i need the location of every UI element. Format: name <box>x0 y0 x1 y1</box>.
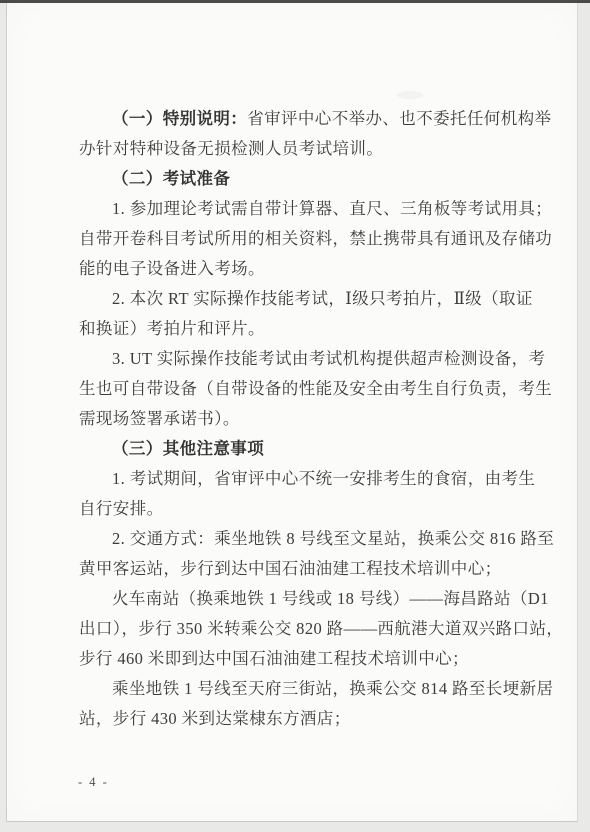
document-text-block: （一）特别说明：省审评中心不举办、也不委托任何机构举 办针对特种设备无损检测人员… <box>79 104 539 734</box>
doc-line-text: 乘坐地铁 1 号线至天府三街站，换乘公交 814 路至长埂新居 <box>112 679 553 698</box>
doc-line-text: 站，步行 430 米到达棠棣东方酒店； <box>79 709 351 728</box>
doc-line-text: 1. 参加理论考试需自带计算器、直尺、三角板等考试用具； <box>112 199 552 218</box>
doc-line: 黄甲客运站，步行到达中国石油油建工程技术培训中心； <box>79 554 539 584</box>
doc-line-text: 黄甲客运站，步行到达中国石油油建工程技术培训中心； <box>79 559 502 578</box>
section-heading-1: （一）特别说明： <box>112 109 247 128</box>
doc-line-text: 3. UT 实际操作技能考试由考试机构提供超声检测设备，考 <box>112 349 545 368</box>
doc-line: 1. 参加理论考试需自带计算器、直尺、三角板等考试用具； <box>79 194 539 224</box>
doc-line-text: 生也可自带设备（自带设备的性能及安全由考生自行负责，考生 <box>79 379 552 398</box>
doc-line: 3. UT 实际操作技能考试由考试机构提供超声检测设备，考 <box>79 344 539 374</box>
section-heading-3: （三）其他注意事项 <box>112 439 264 458</box>
section-heading-3-line: （三）其他注意事项 <box>79 434 539 464</box>
doc-line: 2. 交通方式：乘坐地铁 8 号线至文星站，换乘公交 816 路至 <box>79 524 539 554</box>
doc-line-text: 步行 460 米即到达中国石油油建工程技术培训中心； <box>79 649 469 668</box>
doc-line: 步行 460 米即到达中国石油油建工程技术培训中心； <box>79 644 539 674</box>
section-heading-2: （二）考试准备 <box>112 169 230 188</box>
doc-line-text: 和换证）考拍片和评片。 <box>79 319 265 338</box>
doc-line-text: 2. 本次 RT 实际操作技能考试，Ⅰ级只考拍片，Ⅱ级（取证 <box>112 289 533 308</box>
section-heading-2-line: （二）考试准备 <box>79 164 539 194</box>
doc-line: 自带开卷科目考试所用的相关资料，禁止携带具有通讯及存储功 <box>79 224 539 254</box>
doc-line: 出口），步行 350 米转乘公交 820 路——西航港大道双兴路口站， <box>79 614 539 644</box>
doc-line: 和换证）考拍片和评片。 <box>79 314 539 344</box>
doc-line-text: 办针对特种设备无损检测人员考试培训。 <box>79 139 383 158</box>
page-number: - 4 - <box>78 775 109 790</box>
scan-smudge <box>397 91 423 99</box>
doc-line: 火车南站（换乘地铁 1 号线或 18 号线）——海昌路站（D1 <box>79 584 539 614</box>
doc-line: 站，步行 430 米到达棠棣东方酒店； <box>79 704 539 734</box>
doc-line: 2. 本次 RT 实际操作技能考试，Ⅰ级只考拍片，Ⅱ级（取证 <box>79 284 539 314</box>
doc-line: 乘坐地铁 1 号线至天府三街站，换乘公交 814 路至长埂新居 <box>79 674 539 704</box>
doc-line-text: 能的电子设备进入考场。 <box>79 259 265 278</box>
doc-line-text: 出口），步行 350 米转乘公交 820 路——西航港大道双兴路口站， <box>79 619 563 638</box>
doc-line: 1. 考试期间，省审评中心不统一安排考生的食宿，由考生 <box>79 464 539 494</box>
doc-line-text: 自带开卷科目考试所用的相关资料，禁止携带具有通讯及存储功 <box>79 229 552 248</box>
doc-line: 能的电子设备进入考场。 <box>79 254 539 284</box>
document-page: （一）特别说明：省审评中心不举办、也不委托任何机构举 办针对特种设备无损检测人员… <box>6 3 578 822</box>
doc-line-text: 2. 交通方式：乘坐地铁 8 号线至文星站，换乘公交 816 路至 <box>112 529 554 548</box>
doc-line: 办针对特种设备无损检测人员考试培训。 <box>79 134 539 164</box>
doc-line-text: 自行安排。 <box>79 499 164 518</box>
doc-line: 自行安排。 <box>79 494 539 524</box>
doc-line: 生也可自带设备（自带设备的性能及安全由考生自行负责，考生 <box>79 374 539 404</box>
doc-line: 需现场签署承诺书）。 <box>79 404 539 434</box>
doc-line-text: 火车南站（换乘地铁 1 号线或 18 号线）——海昌路站（D1 <box>112 589 549 608</box>
doc-line-text: 需现场签署承诺书）。 <box>79 409 240 428</box>
doc-line-text: 1. 考试期间，省审评中心不统一安排考生的食宿，由考生 <box>112 469 535 488</box>
section-heading-1-line: （一）特别说明：省审评中心不举办、也不委托任何机构举 <box>79 104 539 134</box>
scanned-document-canvas: （一）特别说明：省审评中心不举办、也不委托任何机构举 办针对特种设备无损检测人员… <box>0 0 590 832</box>
doc-line-text: 省审评中心不举办、也不委托任何机构举 <box>247 109 551 128</box>
